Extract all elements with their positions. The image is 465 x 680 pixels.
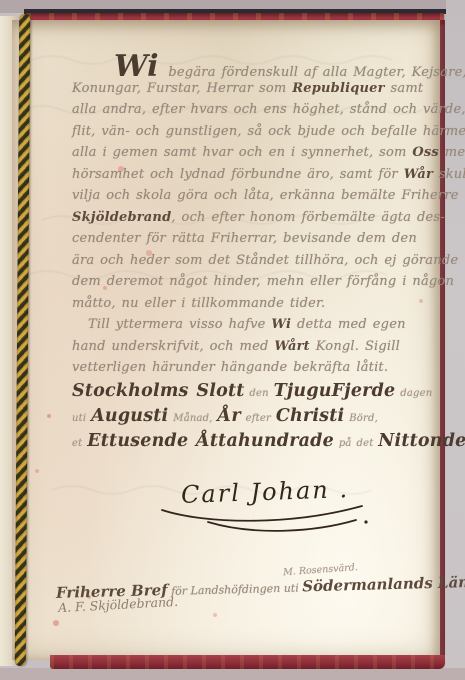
paragraph-attestation-dateline: Till yttermera visso hafve Wi detta med … [72,314,432,454]
manuscript-line: vilja och skola göra och låta, erkänna b… [72,185,432,207]
manuscript-line: dem deremot något hinder, mehn eller för… [72,271,432,293]
manuscript-line: Konungar, Furstar, Herrar som Republique… [72,78,432,100]
manuscript-line: Stockholms Slott den TjuguFjerde dagen [72,379,432,404]
paragraph-proclamation: Wi begära fördenskull af alla Magter, Ke… [72,56,432,314]
manuscript-line: flit, vän- och gunstligen, så ock bjude … [72,121,432,143]
manuscript-line: ära och heder som det Ståndet tillhöra, … [72,250,432,272]
manuscript-line: uti Augusti Månad, År efter Christi Börd… [72,404,432,429]
foxing-speckles [0,0,2,2]
manuscript-line: Till yttermera visso hafve Wi detta med … [72,314,432,336]
manuscript-line: alla i gemen samt hvar och en i synnerhe… [72,142,432,164]
signature-flourish [150,500,380,540]
manuscript-scan: Wi begära fördenskull af alla Magter, Ke… [0,0,465,680]
manuscript-line: hand underskrifvit, och med Wårt Kongl. … [72,336,432,358]
scanner-background-bottom [0,668,465,680]
red-leather-edge-bottom [50,655,445,669]
manuscript-body: Wi begära fördenskull af alla Magter, Ke… [72,56,432,454]
manuscript-line: Skjöldebrand, och efter honom förbemälte… [72,207,432,229]
manuscript-line: hörsamhet och lydnad förbundne äro, samt… [72,164,432,186]
manuscript-line: måtto, nu eller i tillkommande tider. [72,293,432,315]
manuscript-line: et Ettusende Åttahundrade på det Nittond… [72,429,432,454]
manuscript-line: Wi begära fördenskull af alla Magter, Ke… [72,56,432,78]
manuscript-line: alla andra, efter hvars och ens höghet, … [72,99,432,121]
manuscript-line: vetterligen härunder hängande bekräfta l… [72,357,432,379]
manuscript-line: cendenter för rätta Friherrar, bevisande… [72,228,432,250]
